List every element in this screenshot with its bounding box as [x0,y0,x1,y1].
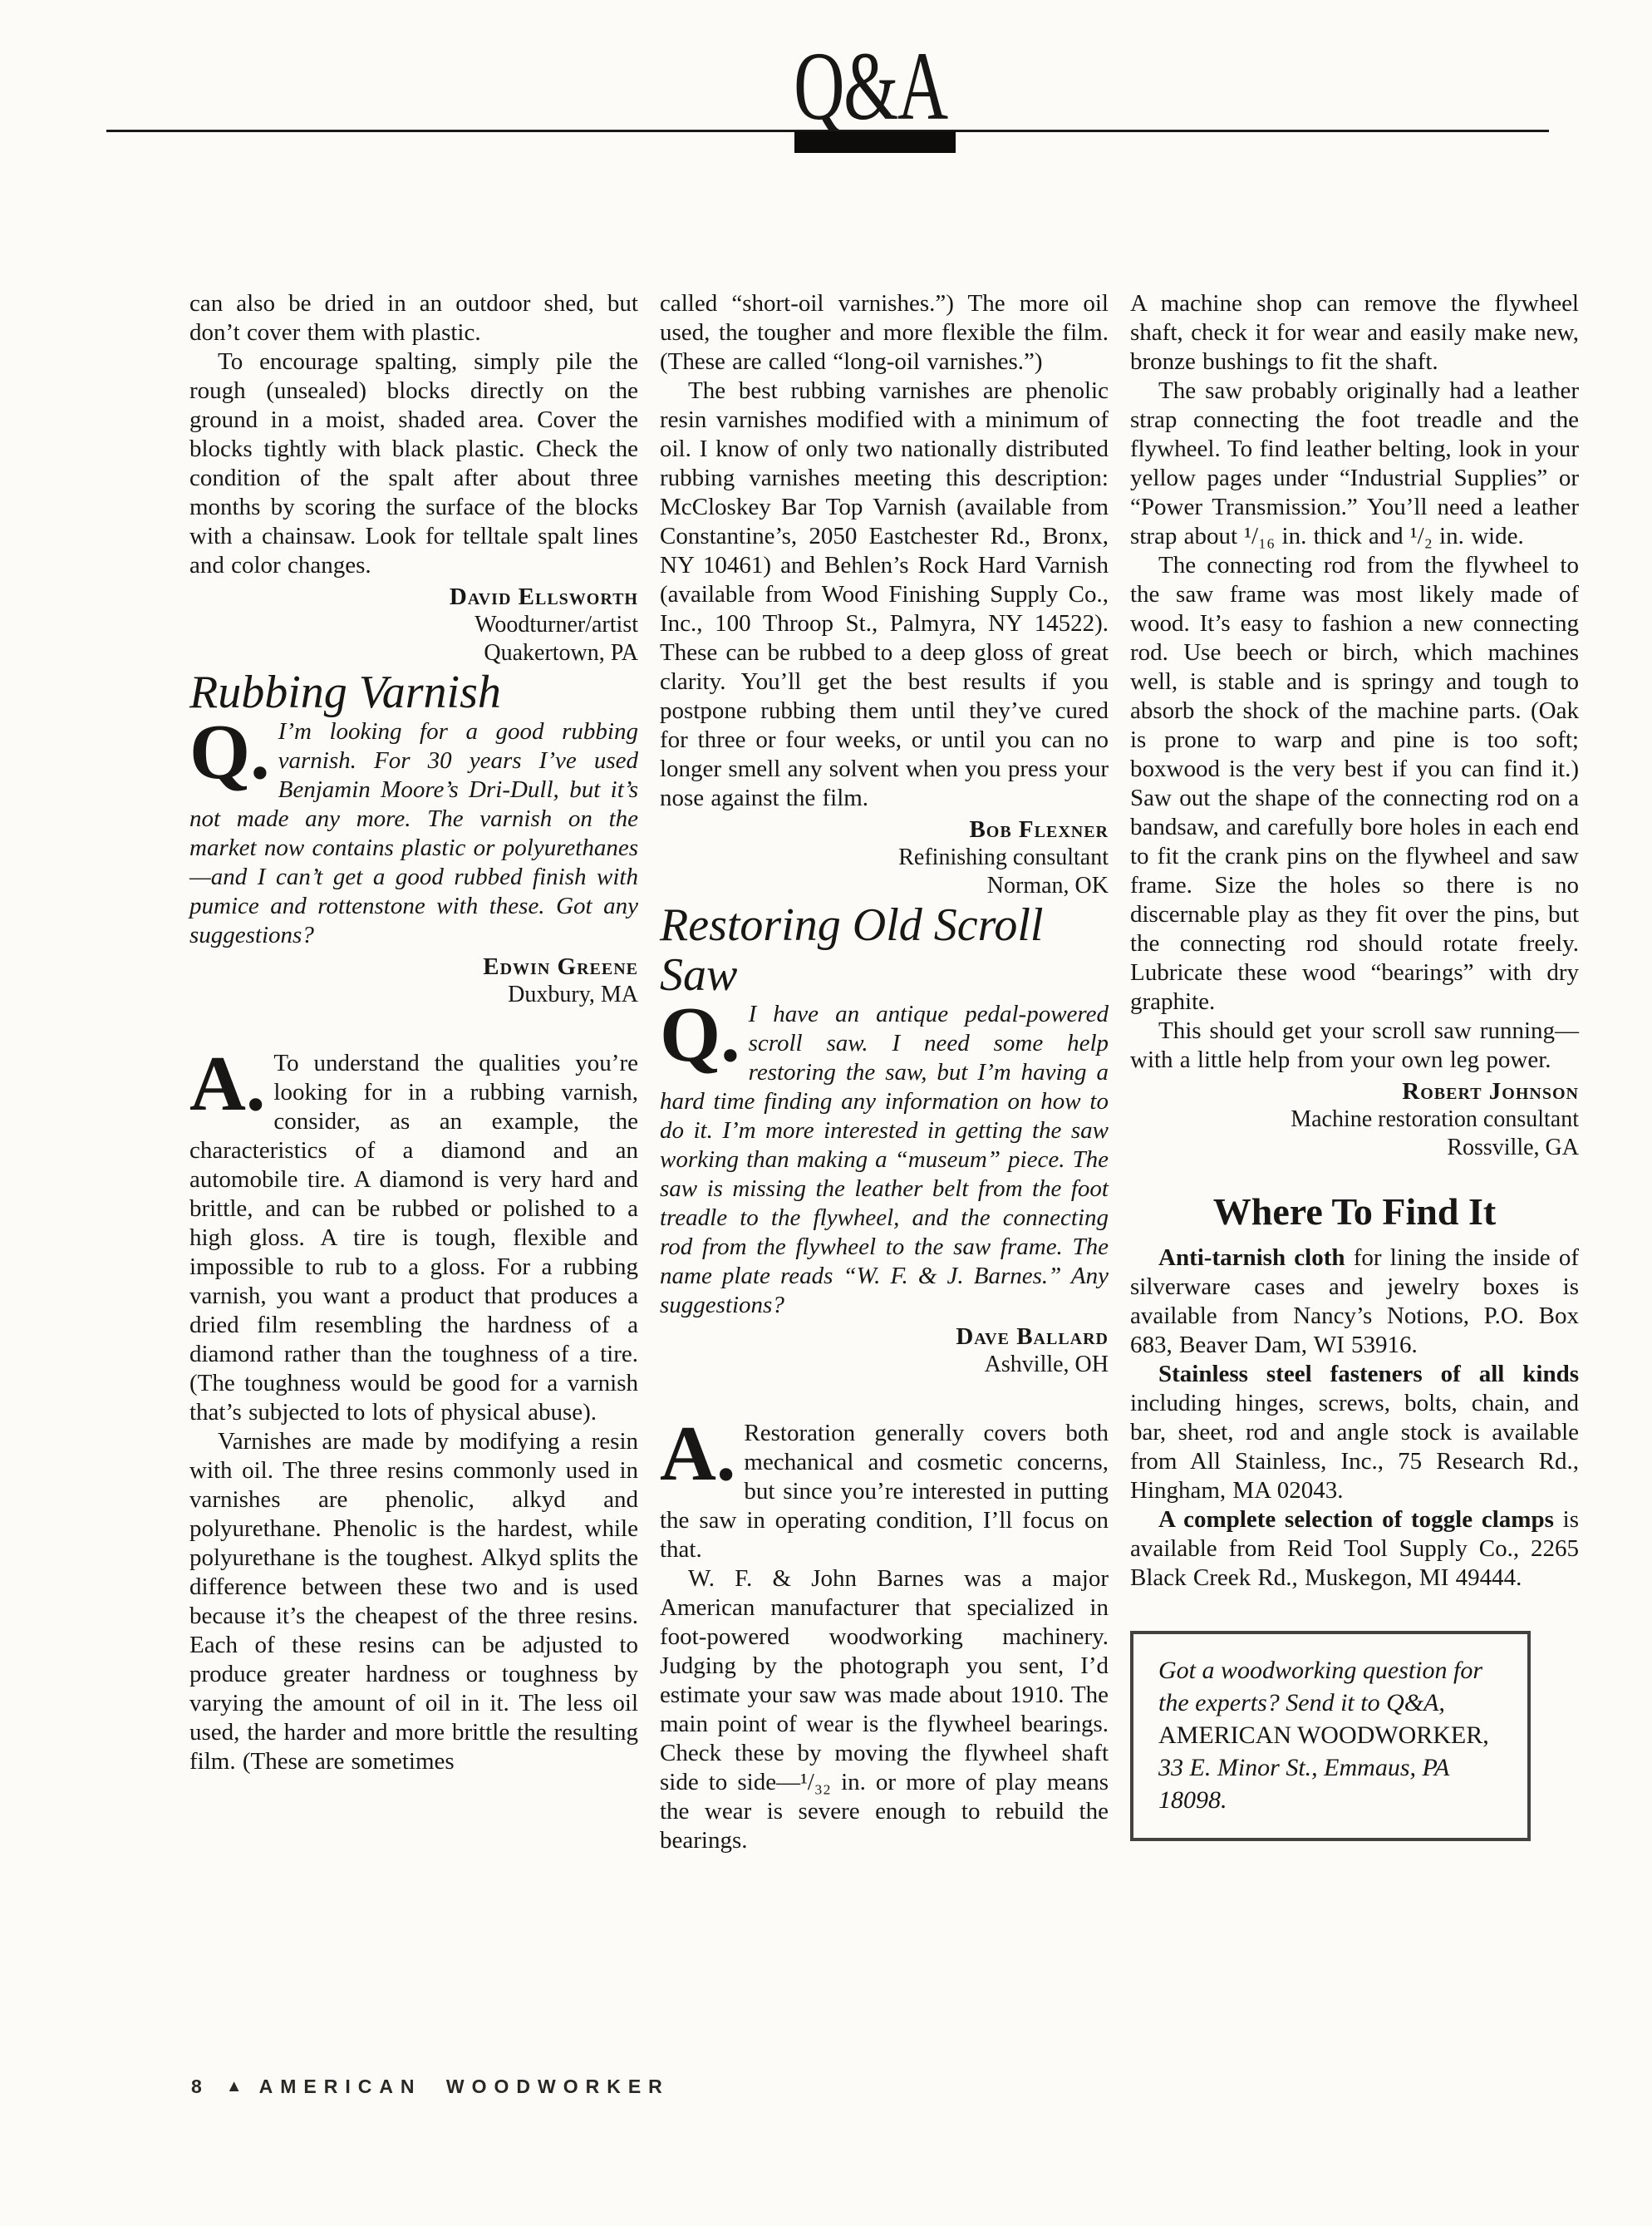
column-3: A machine shop can remove the flywheel s… [1130,289,1579,1855]
signature-bob-flexner: Bob Flexner Refinishing consultant Norma… [660,815,1109,900]
signature-dave-ballard: Dave Ballard Ashville, OH [660,1322,1109,1379]
submission-intro: Got a woodworking question for the exper… [1158,1657,1482,1716]
signature-robert-johnson: Robert Johnson Machine restoration consu… [1130,1077,1579,1162]
paragraph-anti-tarnish-cloth: Anti-tarnish cloth for lining the inside… [1130,1244,1579,1360]
paragraph-toggle-clamps: A complete selection of toggle clamps is… [1130,1505,1579,1593]
paragraph-leather-strap: The saw probably originally had a leathe… [1130,377,1579,551]
answer-rubbing-varnish: A. To understand the qualities you’re lo… [189,1049,638,1427]
signature-city: Duxbury, MA [189,981,638,1009]
signature-name: Bob Flexner [660,815,1109,844]
magazine-name: AMERICAN WOODWORKER [259,2076,670,2098]
paragraph-spalting-howto: To encourage spalting, simply pile the r… [189,347,638,580]
signature-david-ellsworth: David Ellsworth Woodturner/artist Quaker… [189,583,638,667]
signature-city: Quakertown, PA [189,639,638,667]
question-scroll-saw: Q. I have an antique pedal-powered scrol… [660,1000,1109,1320]
paragraph-leg-power: This should get your scroll saw running—… [1130,1017,1579,1075]
page-footer: 8 ▲ AMERICAN WOODWORKER [191,2076,670,2098]
signature-city: Rossville, GA [1130,1134,1579,1162]
paragraph-spalting-cont: can also be dried in an outdoor shed, bu… [189,289,638,347]
article-columns: can also be dried in an outdoor shed, bu… [189,289,1579,1855]
a-dropcap: A. [189,1049,273,1114]
a-dropcap: A. [660,1419,744,1484]
paragraph-machine-shop: A machine shop can remove the flywheel s… [1130,289,1579,377]
signature-name: Dave Ballard [660,1322,1109,1351]
magazine-page: Q&A can also be dried in an outdoor shed… [0,0,1652,2226]
signature-role: Woodturner/artist [189,611,638,639]
product-lead: A complete selection of toggle clamps [1158,1506,1554,1533]
column-1: can also be dried in an outdoor shed, bu… [189,289,638,1855]
question-submission-box: Got a woodworking question for the exper… [1130,1631,1531,1841]
section-heading-where-to-find-it: Where To Find It [1130,1190,1579,1234]
column-2: called “short-oil varnishes.”) The more … [660,289,1109,1855]
q-dropcap: Q. [660,1000,749,1065]
page-title-text: Q&A [794,42,946,131]
page-title: Q&A [0,42,1652,131]
paragraph-stainless-fasteners: Stainless steel fasteners of all kinds i… [1130,1360,1579,1505]
signature-city: Ashville, OH [660,1351,1109,1379]
product-lead: Anti-tarnish cloth [1158,1244,1345,1271]
section-heading-rubbing-varnish: Rubbing Varnish [189,667,638,717]
answer-scroll-saw: A. Restoration generally covers both mec… [660,1419,1109,1564]
page-number: 8 [191,2076,209,2098]
q-dropcap: Q. [189,717,278,782]
submission-note: Got a woodworking question for the exper… [1158,1654,1504,1816]
product-details: including hinges, screws, bolts, chain, … [1130,1390,1579,1504]
signature-edwin-greene: Edwin Greene Duxbury, MA [189,953,638,1009]
signature-city: Norman, OK [660,872,1109,900]
question-rubbing-varnish: Q. I’m looking for a good rubbing varnis… [189,717,638,950]
signature-name: Robert Johnson [1130,1077,1579,1106]
signature-name: Edwin Greene [189,953,638,981]
signature-name: David Ellsworth [189,583,638,611]
paragraph-best-rubbing-varnishes: The best rubbing varnishes are phenolic … [660,377,1109,813]
section-heading-restoring-scroll-saw: Restoring Old Scroll Saw [660,900,1109,1000]
signature-role: Machine restoration consultant [1130,1106,1579,1134]
masthead-bar [794,131,956,153]
paragraph-short-oil: called “short-oil varnishes.”) The more … [660,289,1109,377]
paragraph-varnish-resins: Varnishes are made by modifying a resin … [189,1427,638,1776]
submission-magazine: AMERICAN WOODWORKER, [1158,1721,1489,1749]
product-lead: Stainless steel fasteners of all kinds [1158,1361,1579,1387]
paragraph-barnes-history: W. F. & John Barnes was a major American… [660,1564,1109,1855]
signature-role: Refinishing consultant [660,844,1109,872]
submission-address: 33 E. Minor St., Emmaus, PA 18098. [1158,1754,1449,1814]
triangle-icon: ▲ [226,2077,243,2096]
paragraph-connecting-rod: The connecting rod from the flywheel to … [1130,551,1579,1017]
